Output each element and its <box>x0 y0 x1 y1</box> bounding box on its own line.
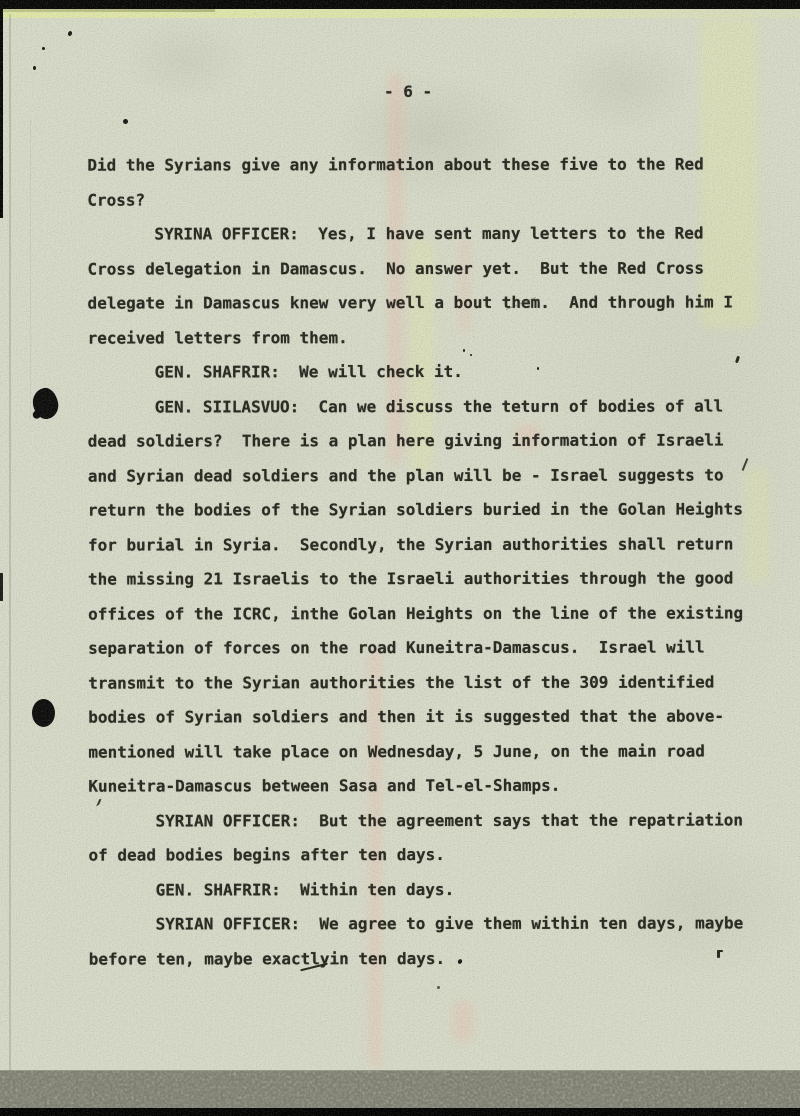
ink-speck <box>42 47 45 50</box>
text-line: SYRIAN OFFICER: But the agreement says t… <box>88 803 792 839</box>
ink-speck <box>67 30 72 36</box>
text-line: transmit to the Syrian authorities the l… <box>88 665 792 701</box>
punch-hole-mark <box>30 386 60 421</box>
left-edge-tick <box>0 573 3 601</box>
text-line: bodies of Syrian soldiers and then it is… <box>88 699 792 735</box>
text-line: GEN. SHAFRIR: We will check it. <box>88 354 792 390</box>
left-edge-strip <box>0 0 3 218</box>
text-line: received letters from them. <box>88 320 792 356</box>
top-yellow-band <box>0 9 800 18</box>
text-line: Kuneitra-Damascus between Sasa and Tel-e… <box>88 768 792 804</box>
text-line: SYRINA OFFICER: Yes, I have sent many le… <box>87 216 791 252</box>
text-line: Did the Syrians give any information abo… <box>87 147 791 183</box>
text-line: delegate in Damascus knew very well a bo… <box>88 285 792 321</box>
ink-speck <box>123 119 128 124</box>
text-line: separation of forces on the road Kuneitr… <box>88 630 792 666</box>
bottom-texture-band <box>0 1071 800 1108</box>
ink-speck <box>537 367 539 370</box>
text-line: the missing 21 Israelis to the Israeli a… <box>88 561 792 597</box>
bottom-noise-texture <box>0 1071 800 1108</box>
text-line: dead soldiers? There is a plan here givi… <box>88 423 792 459</box>
pink-patch <box>452 1000 475 1042</box>
text-line: Cross delegation in Damascus. No answer … <box>87 251 791 287</box>
text-line: before ten, maybe exactlyin ten days. <box>89 941 793 977</box>
ink-speck <box>463 349 465 352</box>
text-line: SYRIAN OFFICER: We agree to give them wi… <box>89 906 793 942</box>
scanned-document-page: - 6 - Did the Syrians give any informati… <box>0 0 800 1116</box>
bottom-edge-bar <box>0 1108 800 1116</box>
document-body: Did the Syrians give any information abo… <box>87 147 792 976</box>
text-line: and Syrian dead soldiers and the plan wi… <box>88 458 792 494</box>
text-line: return the bodies of the Syrian soldiers… <box>88 492 792 528</box>
scan-fold-line <box>30 120 31 420</box>
text-line: mentioned will take place on Wednesday, … <box>88 734 792 770</box>
punch-hole-mark <box>32 699 55 727</box>
text-line: offices of the ICRC, inthe Golan Heights… <box>88 596 792 632</box>
text-line: of dead bodies begins after ten days. <box>88 837 792 873</box>
ink-speck <box>470 354 472 356</box>
text-line: GEN. SIILASVUO: Can we discuss the tetur… <box>88 389 792 425</box>
scan-fold-line <box>9 14 11 1072</box>
text-line: GEN. SHAFRIR: Within ten days. <box>89 872 793 908</box>
top-edge-bar <box>0 0 800 9</box>
ink-speck <box>33 66 36 70</box>
ink-speck <box>437 986 440 989</box>
text-line: for burial in Syria. Secondly, the Syria… <box>88 527 792 563</box>
text-line: Cross? <box>87 182 791 218</box>
page-number: - 6 - <box>384 82 432 101</box>
stray-r-mark <box>717 950 720 958</box>
